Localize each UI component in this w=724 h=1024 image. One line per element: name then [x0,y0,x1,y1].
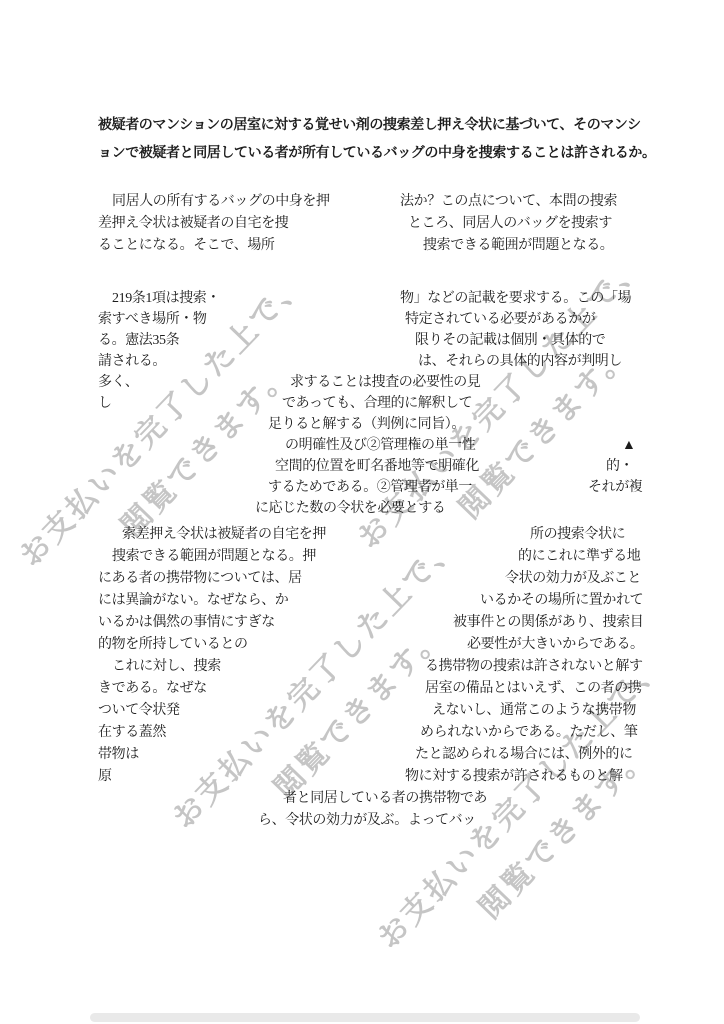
text-line: にある者の携帯物については、居令状の効力が及ぶこと [0,569,724,591]
text-fragment: の明確性及び②管理権の単一性 [285,436,475,456]
text-fragment: 差押え令状は被疑者の自宅を捜 [98,214,288,234]
text-line: 多く、求することは捜査の必要性の見 [0,373,724,395]
text-line: ることになる。そこで、場所捜索できる範囲が問題となる。 [0,236,724,258]
text-fragment: 空間的位置を町名番地等で明確化 [275,457,479,477]
text-fragment: するためである。②管理者が単一 [268,478,472,498]
text-fragment: ところ、同居人のバッグを捜索す [408,214,612,234]
text-fragment: 原 [98,767,112,787]
text-fragment: いるかその場所に置かれて [480,591,643,611]
text-fragment: 的・ [606,457,633,477]
text-fragment: 者と同居している者の携帯物であ [283,789,487,809]
text-fragment: 所の捜索令状に [530,525,625,545]
text-line: 差押え令状は被疑者の自宅を捜ところ、同居人のバッグを捜索す [0,214,724,236]
text-line: る。憲法35条限りその記載は個別・具体的で [0,331,724,353]
text-line: いるかは偶然の事情にすぎな被事件との関係があり、捜索目 [0,613,724,635]
text-line: 捜索できる範囲が問題となる。押的にこれに準ずる地 [0,547,724,569]
text-line: するためである。②管理者が単一それが複 [0,478,724,500]
text-fragment: 捜索できる範囲が問題となる。押 [112,547,316,567]
text-fragment: 特定されている必要があるかが [405,310,595,330]
text-fragment: 居室の備品とはいえず、この者の携 [425,679,641,699]
text-fragment: これに対し、捜索 [112,657,221,677]
text-fragment: 多く、 [98,373,139,393]
text-line: きである。なぜな居室の備品とはいえず、この者の携 [0,679,724,701]
text-fragment: 限りその記載は個別・具体的で [415,331,605,351]
text-fragment: 令状の効力が及ぶこと [505,569,641,589]
text-line: 帯物はたと認められる場合には、例外的に [0,745,724,767]
document-title: 被疑者のマンションの居室に対する覚せい剤の捜索差し押え令状に基づいて、そのマンシ… [98,112,638,168]
text-line: しであっても、合理的に解釈して [0,394,724,416]
text-line: に応じた数の令状を必要とする [0,499,724,521]
text-fragment: それが複 [588,478,642,498]
text-fragment: に応じた数の令状を必要とする [255,499,445,519]
text-fragment: いるかは偶然の事情にすぎな [98,613,275,633]
text-fragment: 捜索できる範囲が問題となる。 [423,236,613,256]
text-fragment: ▲ [622,436,635,456]
text-line: 足りると解する（判例に同旨）。 [0,415,724,437]
text-fragment: る。憲法35条 [98,331,179,351]
text-line: 的物を所持しているとの必要性が大きいからである。 [0,635,724,657]
text-line: ら、令状の効力が及ぶ。よってバッ [0,811,724,833]
text-fragment: 索差押え令状は被疑者の自宅を押 [122,525,326,545]
text-fragment: には異論がない。なぜなら、か [98,591,288,611]
text-line: 索差押え令状は被疑者の自宅を押所の捜索令状に [0,525,724,547]
text-line: 索すべき場所・物特定されている必要があるかが [0,310,724,332]
text-fragment: にある者の携帯物については、居 [98,569,302,589]
text-fragment: 求することは捜査の必要性の見 [290,373,480,393]
text-line: 原物に対する捜索が許されるものと解 [0,767,724,789]
text-fragment: 219条1項は捜索・ [112,289,220,309]
text-fragment: えないし、通常このような携帯物 [432,701,636,721]
text-line: ついて令状発えないし、通常このような携帯物 [0,701,724,723]
text-fragment: められないからである。ただし、筆 [420,723,637,743]
text-fragment: 的物を所持しているとの [98,635,248,655]
text-fragment: 法か？この点について、本問の捜索 [400,192,617,212]
text-line: 219条1項は捜索・物」などの記載を要求する。この「場 [0,289,724,311]
text-fragment: 足りると解する（判例に同旨）。 [268,415,465,435]
text-fragment: る携帯物の捜索は許されないと解す [425,657,643,677]
document-page: 被疑者のマンションの居室に対する覚せい剤の捜索差し押え令状に基づいて、そのマンシ… [0,0,724,1024]
text-line: 在する蓋然められないからである。ただし、筆 [0,723,724,745]
text-line: には異論がない。なぜなら、かいるかその場所に置かれて [0,591,724,613]
text-fragment: ついて令状発 [98,701,180,721]
horizontal-scrollbar[interactable] [90,1013,640,1022]
text-fragment: ることになる。そこで、場所 [98,236,275,256]
title-line-2: ョンで被疑者と同居している者が所有しているバッグの中身を捜索することは許されるか… [98,140,638,168]
text-fragment: し [98,394,112,414]
text-fragment: 索すべき場所・物 [98,310,207,330]
text-fragment: 物に対する捜索が許されるものと解 [405,767,623,787]
text-fragment: 物」などの記載を要求する。この「場 [400,289,631,309]
text-fragment: 必要性が大きいからである。 [467,635,644,655]
text-line: これに対し、捜索る携帯物の捜索は許されないと解す [0,657,724,679]
text-fragment: 同居人の所有するバッグの中身を押 [112,192,330,212]
text-fragment: ら、令状の効力が及ぶ。よってバッ [258,811,476,831]
text-fragment: 的にこれに準ずる地 [518,547,640,567]
text-line: 者と同居している者の携帯物であ [0,789,724,811]
text-line: 請される。は、それらの具体的内容が判明し [0,352,724,374]
text-line: 空間的位置を町名番地等で明確化的・ [0,457,724,479]
text-fragment: 請される。 [98,352,166,372]
text-fragment: きである。なぜな [98,679,207,699]
title-line-1: 被疑者のマンションの居室に対する覚せい剤の捜索差し押え令状に基づいて、そのマンシ [98,112,638,140]
text-fragment: 在する蓋然 [98,723,166,743]
text-line: 同居人の所有するバッグの中身を押法か？この点について、本問の捜索 [0,192,724,214]
text-fragment: は、それらの具体的内容が判明し [418,352,622,372]
text-line: の明確性及び②管理権の単一性▲ [0,436,724,458]
text-fragment: であっても、合理的に解釈して [282,394,472,414]
text-fragment: 被事件との関係があり、捜索目 [453,613,643,633]
text-fragment: 帯物は [98,745,139,765]
text-fragment: たと認められる場合には、例外的に [415,745,633,765]
